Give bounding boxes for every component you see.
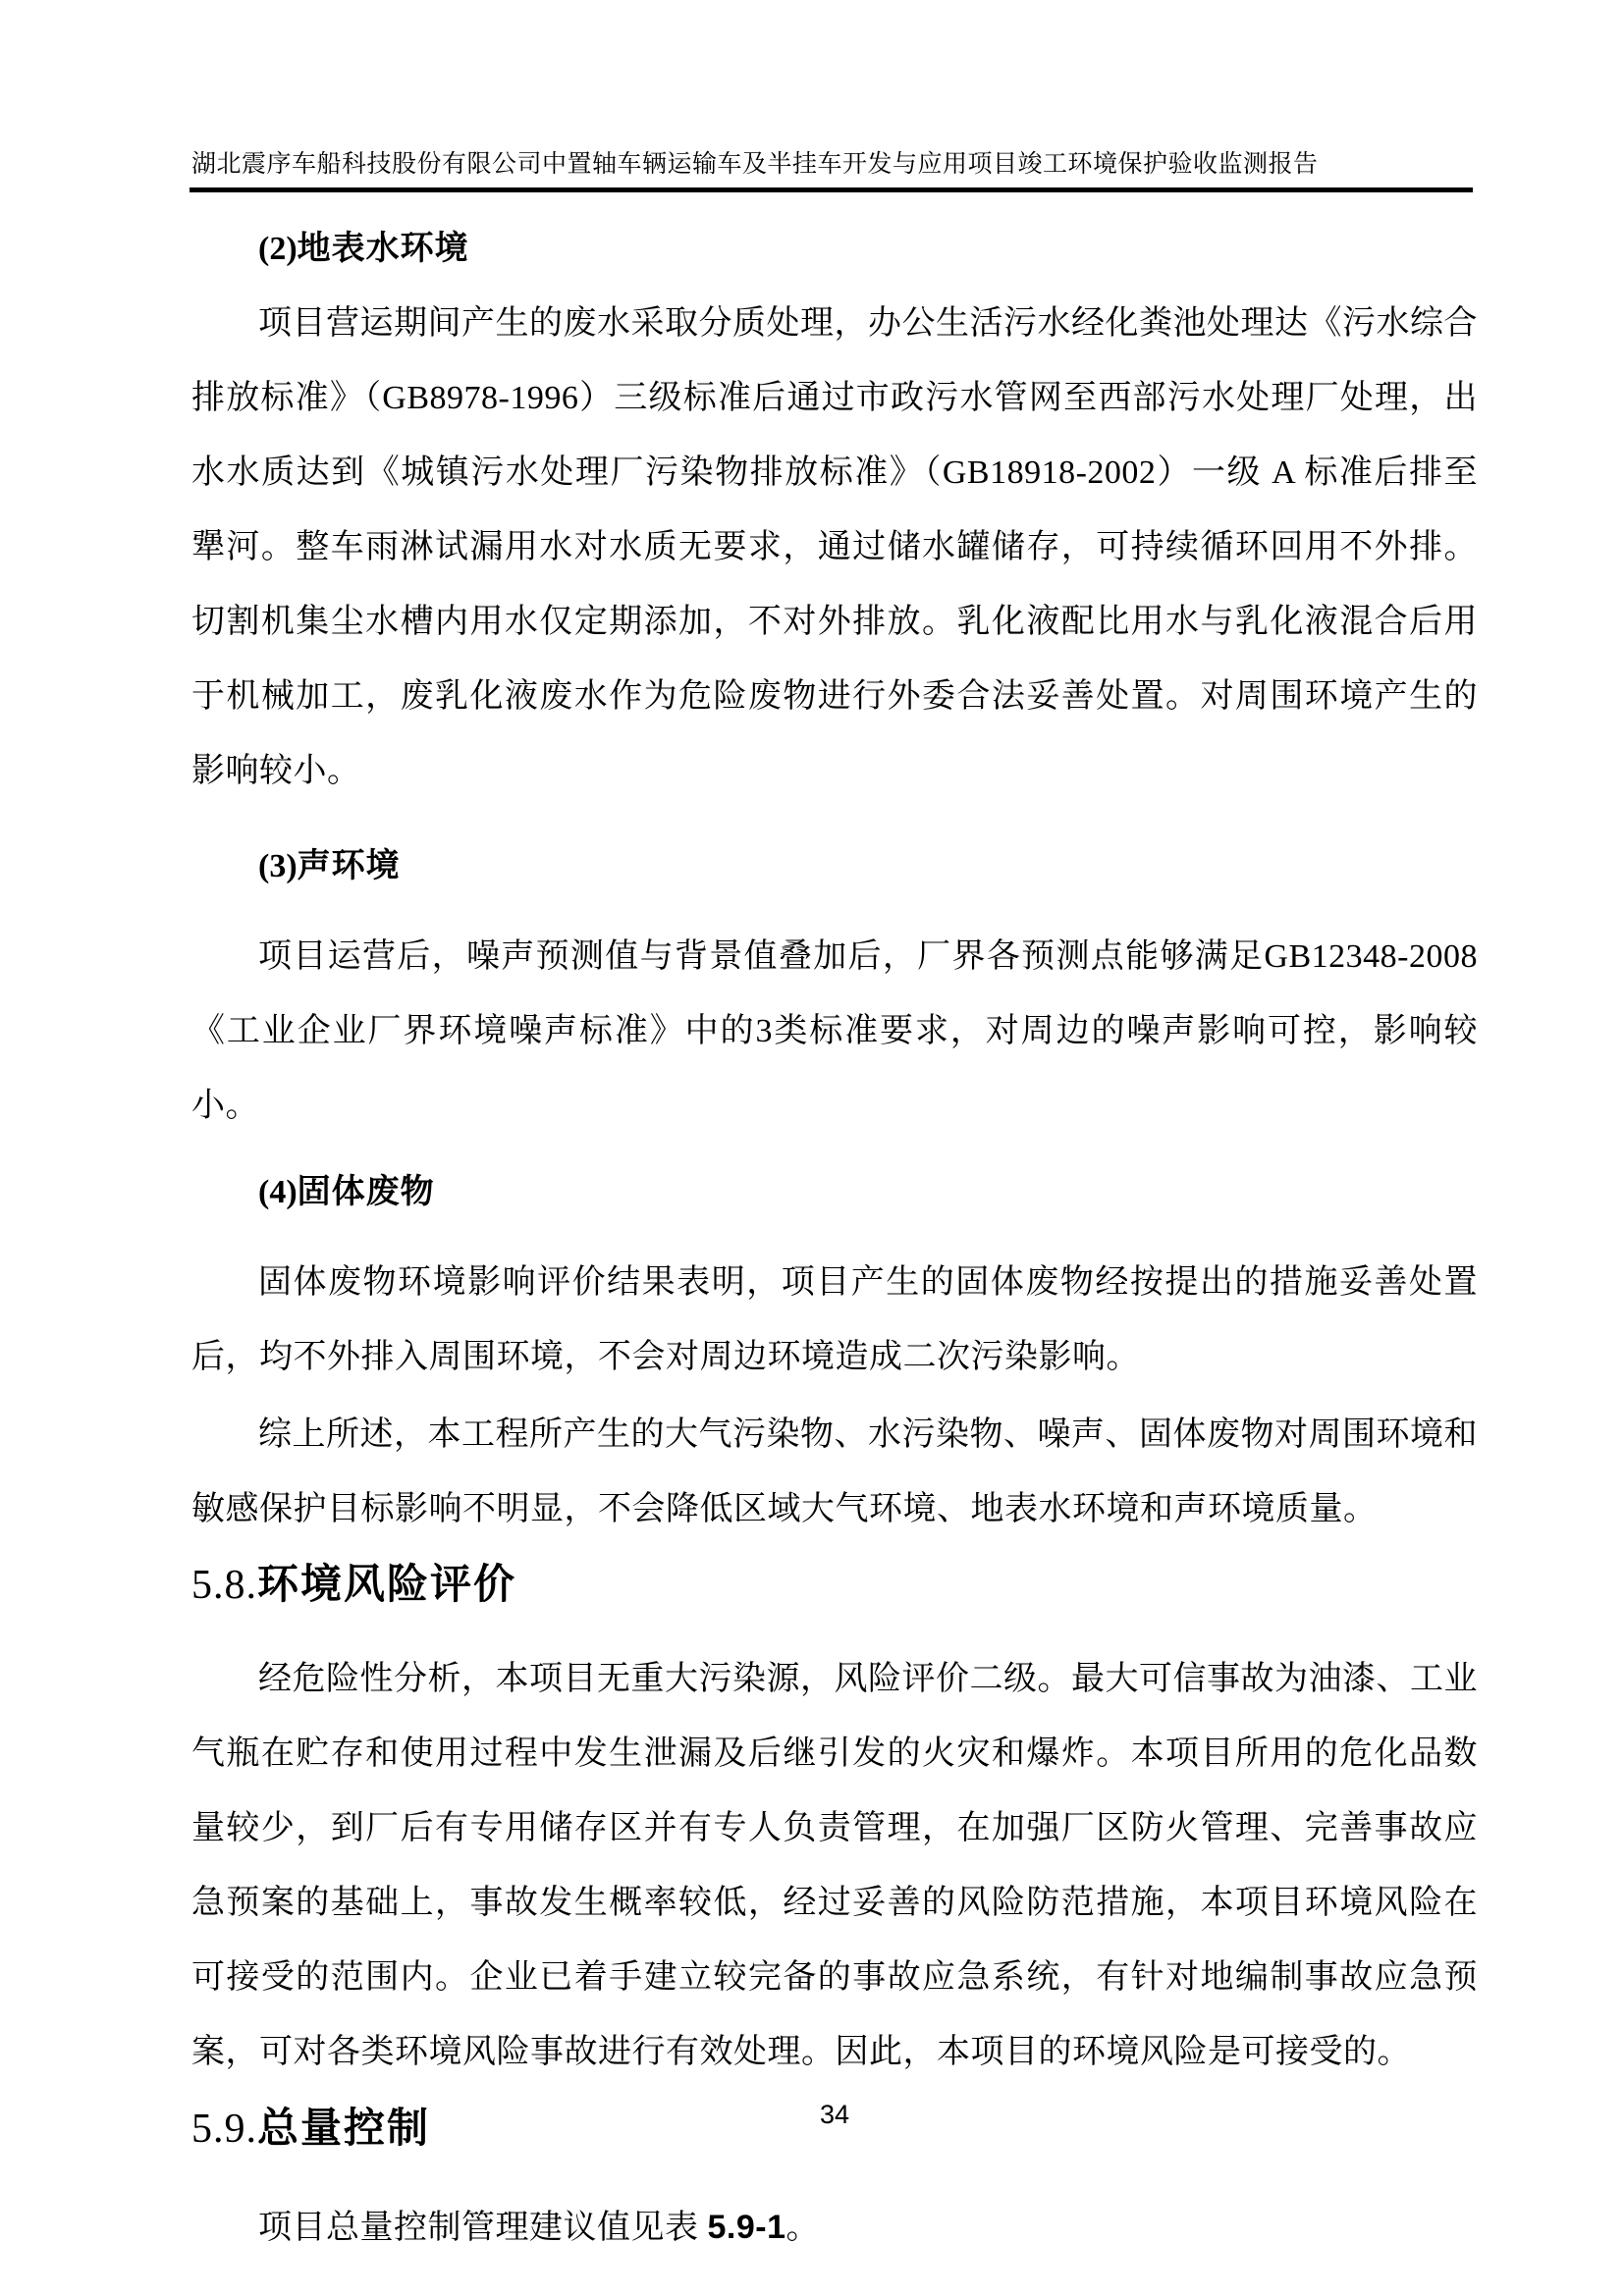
paragraph-solid-waste: 固体废物环境影响评价结果表明，项目产生的固体废物经按提出的措施妥善处置后，均不外… [191,1246,1478,1395]
page-footer: 34 [191,2099,1478,2130]
section-heading-solid-waste: (4)固体废物 [191,1154,1478,1230]
table-reference: 5.9-1 [708,2209,786,2246]
paragraph-summary: 综上所述，本工程所产生的大气污染物、水污染物、噪声、固体废物对周围环境和敏感保护… [191,1398,1478,1547]
heading-number: (3) [258,848,298,884]
header-rule [189,187,1473,192]
heading-title: 固体废物 [298,1173,435,1210]
section-heading-risk-assessment: 5.8.环境风险评价 [191,1547,1478,1623]
heading-number: (2) [258,231,298,267]
page-number: 34 [820,2100,849,2129]
section-heading-noise: (3)声环境 [191,828,1478,904]
paragraph-noise: 项目运营后，噪声预测值与背景值叠加后，厂界各预测点能够满足GB12348-200… [191,920,1478,1144]
total-control-text: 项目总量控制管理建议值见表 [258,2210,708,2246]
heading-title: 地表水环境 [298,230,469,267]
document-page: 湖北震序车船科技股份有限公司中置轴车辆运输车及半挂车开发与应用项目竣工环境保护验… [0,0,1624,2296]
running-header: 湖北震序车船科技股份有限公司中置轴车辆运输车及半挂车开发与应用项目竣工环境保护验… [191,150,1478,180]
total-control-text-end: 。 [786,2210,821,2246]
section-heading-surface-water: (2)地表水环境 [191,211,1478,287]
heading-title: 声环境 [298,847,401,884]
heading-number: 5.8. [191,1563,257,1608]
paragraph-risk-assessment: 经危险性分析，本项目无重大污染源，风险评价二级。最大可信事故为油漆、工业气瓶在贮… [191,1642,1478,2090]
paragraph-total-control: 项目总量控制管理建议值见表 5.9-1。 [191,2190,1478,2266]
heading-title: 环境风险评价 [257,1561,516,1607]
paragraph-surface-water: 项目营运期间产生的废水采取分质处理，办公生活污水经化粪池处理达《污水综合排放标准… [191,287,1478,809]
document-body: (2)地表水环境 项目营运期间产生的废水采取分质处理，办公生活污水经化粪池处理达… [191,211,1478,2266]
heading-number: (4) [258,1174,298,1210]
